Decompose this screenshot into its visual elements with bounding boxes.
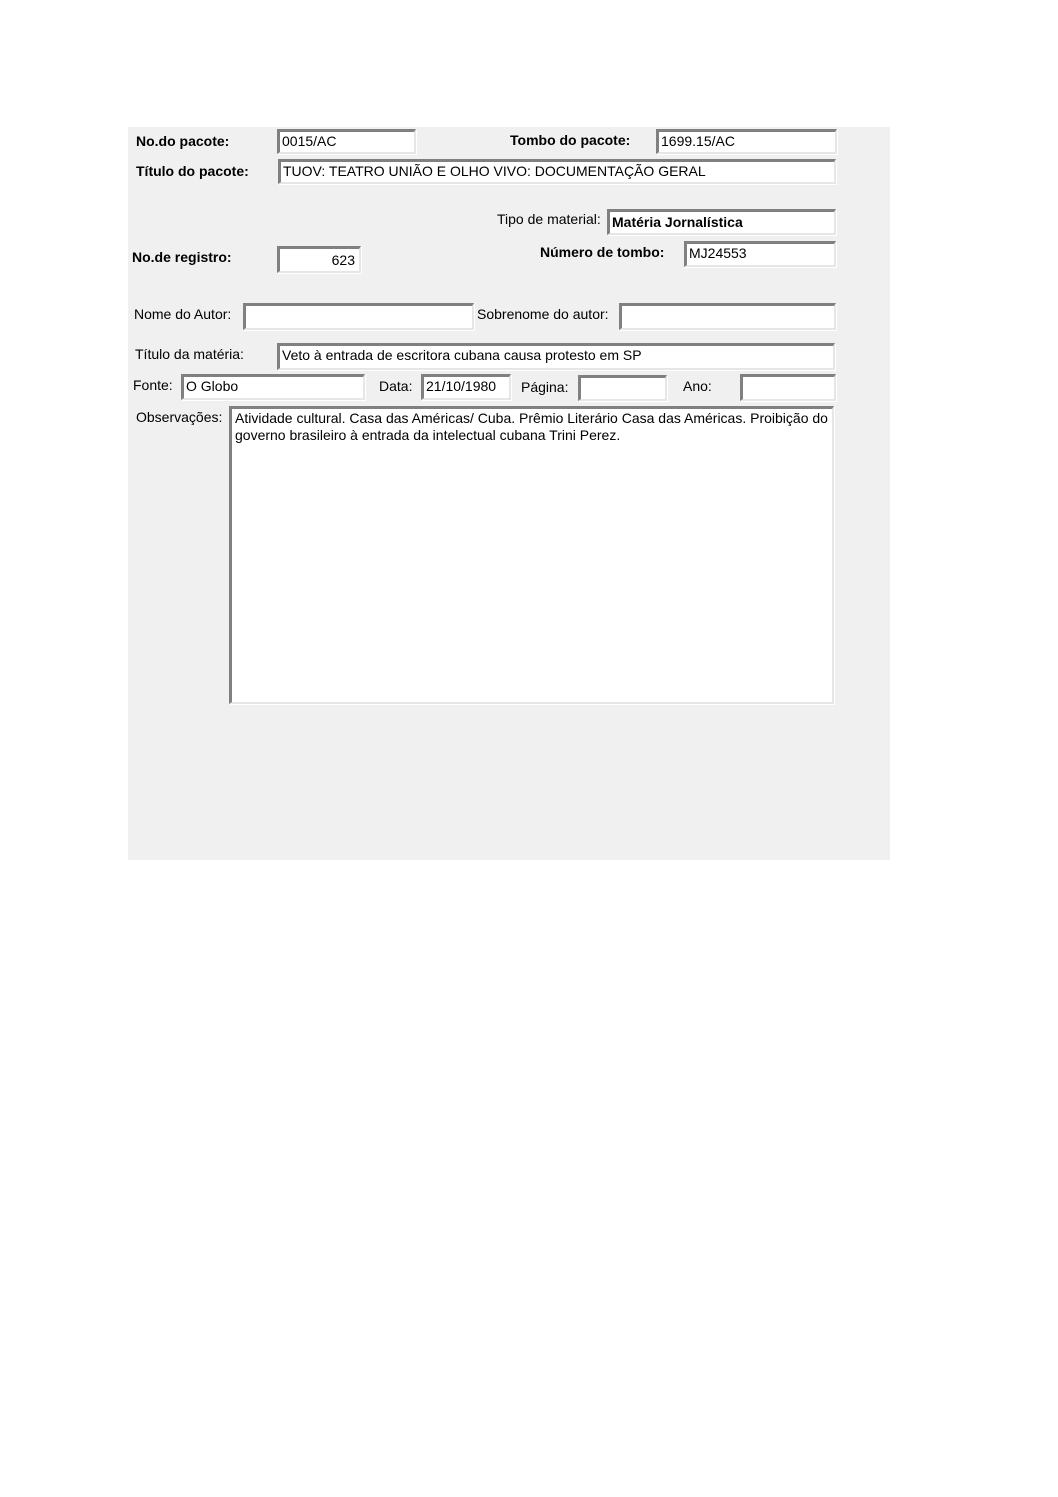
data-field[interactable]: 21/10/1980 <box>421 374 511 400</box>
tipo-material-label: Tipo de material: <box>497 211 601 227</box>
numero-tombo-field[interactable]: MJ24553 <box>684 241 836 267</box>
no-registro-label: No.de registro: <box>132 249 232 265</box>
no-registro-field[interactable]: 623 <box>277 246 361 273</box>
observacoes-textarea[interactable]: Atividade cultural. Casa das Américas/ C… <box>229 406 834 704</box>
numero-tombo-label: Número de tombo: <box>540 244 664 260</box>
titulo-pacote-field[interactable]: TUOV: TEATRO UNIÃO E OLHO VIVO: DOCUMENT… <box>278 159 836 184</box>
observacoes-label: Observações: <box>136 409 222 425</box>
titulo-materia-label: Título da matéria: <box>135 346 244 362</box>
pagina-field[interactable] <box>578 375 667 401</box>
tombo-pacote-label: Tombo do pacote: <box>510 132 630 148</box>
fonte-label: Fonte: <box>133 377 173 393</box>
nome-autor-label: Nome do Autor: <box>134 306 231 322</box>
no-pacote-label: No.do pacote: <box>136 133 229 149</box>
sobrenome-autor-field[interactable] <box>619 303 836 330</box>
tombo-pacote-field[interactable]: 1699.15/AC <box>656 129 837 154</box>
titulo-materia-field[interactable]: Veto à entrada de escritora cubana causa… <box>277 343 835 370</box>
sobrenome-autor-label: Sobrenome do autor: <box>477 306 609 322</box>
pagina-label: Página: <box>521 379 568 395</box>
titulo-pacote-label: Título do pacote: <box>136 163 249 179</box>
nome-autor-field[interactable] <box>243 303 474 330</box>
no-pacote-field[interactable]: 0015/AC <box>277 129 416 154</box>
ano-field[interactable] <box>740 374 836 401</box>
data-label: Data: <box>379 378 412 394</box>
ano-label: Ano: <box>683 378 712 394</box>
fonte-field[interactable]: O Globo <box>181 374 365 400</box>
tipo-material-field[interactable]: Matéria Jornalística <box>607 209 836 235</box>
